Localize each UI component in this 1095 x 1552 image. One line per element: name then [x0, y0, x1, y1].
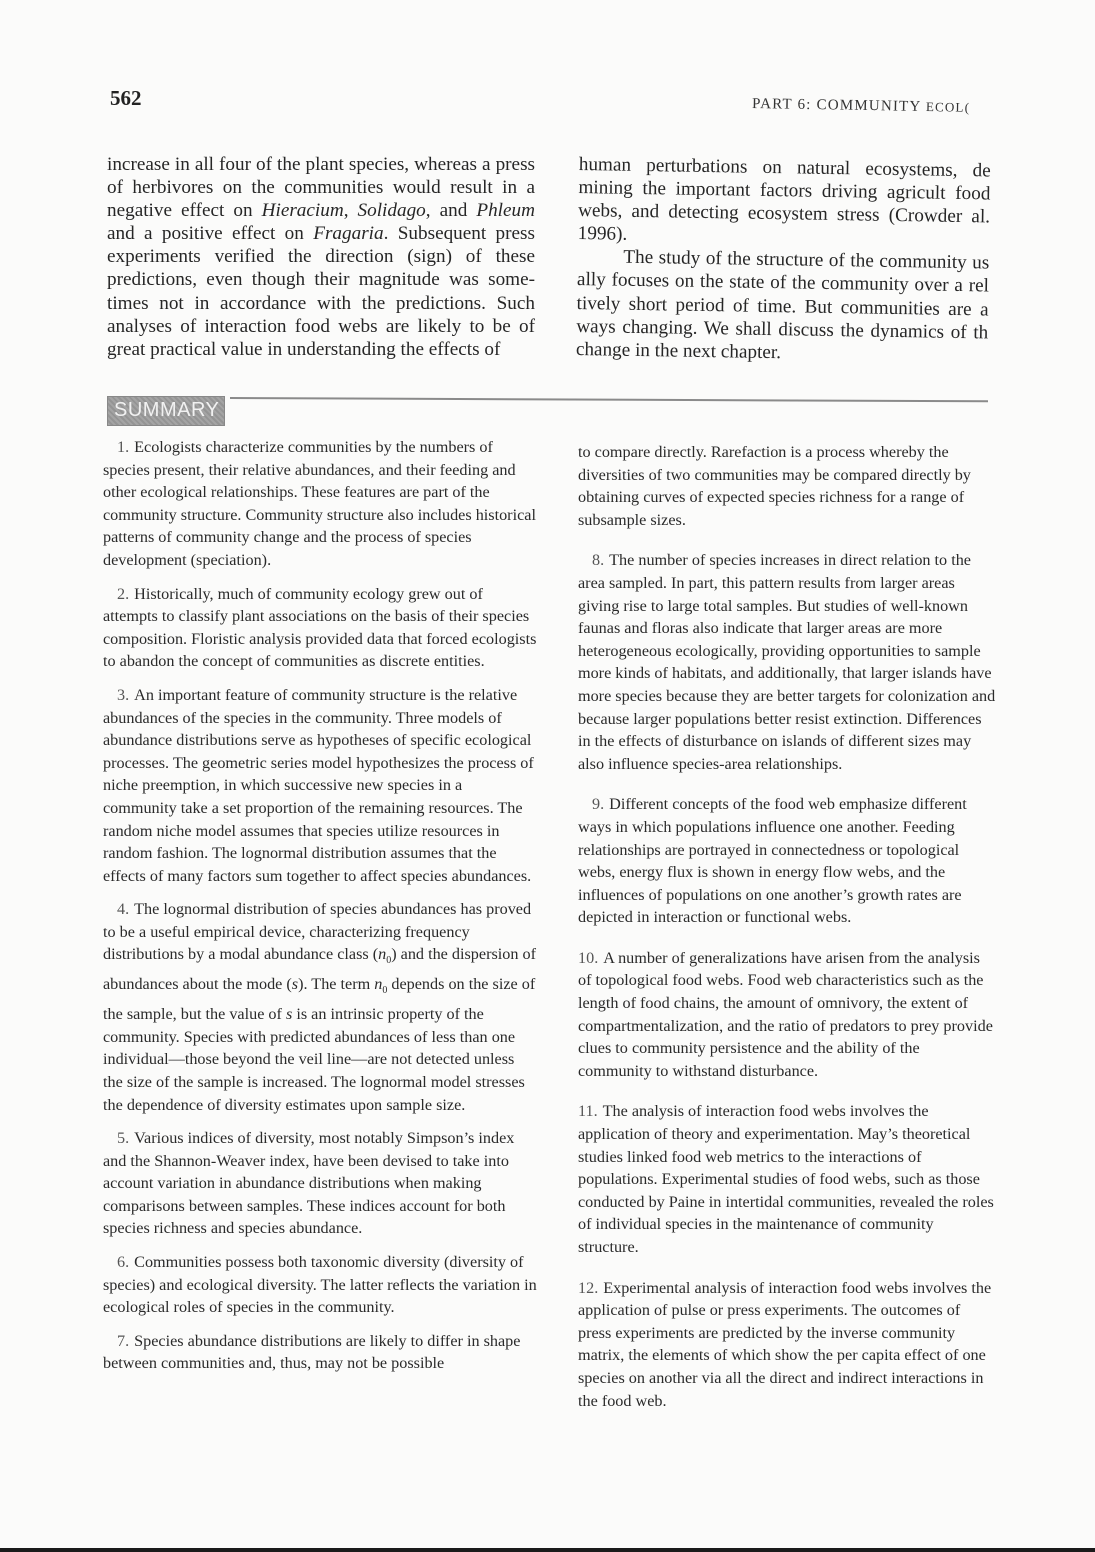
- item-number: 2.: [103, 585, 129, 603]
- item-text: ). The term: [298, 975, 374, 993]
- item-number: 10.: [578, 949, 598, 967]
- item-text: The analysis of interaction food webs in…: [578, 1102, 994, 1256]
- summary-badge: SUMMARY: [107, 396, 225, 426]
- running-head-text: PART 6: COMMUNITY: [752, 96, 926, 115]
- summary-heading: SUMMARY: [107, 396, 225, 426]
- summary-item-7-continued: to compare directly. Rarefaction is a pr…: [578, 441, 996, 531]
- summary-item-2: 2.Historically, much of community ecolog…: [103, 583, 538, 673]
- item-number: 7.: [103, 1332, 129, 1350]
- item-number: 8.: [578, 551, 604, 569]
- summary-item-6: 6.Communities possess both taxonomic div…: [103, 1251, 538, 1319]
- item-number: 12.: [578, 1279, 598, 1297]
- item-text: Historically, much of community ecology …: [103, 585, 536, 671]
- body-left-column: increase in all four of the plant specie…: [107, 153, 535, 361]
- summary-right-column: to compare directly. Rarefaction is a pr…: [578, 441, 996, 1430]
- summary-item-11: 11.The analysis of interaction food webs…: [578, 1100, 996, 1258]
- item-number: 11.: [578, 1102, 598, 1120]
- text-run: ,: [344, 200, 358, 221]
- scan-edge: [0, 1548, 1095, 1552]
- item-number: 5.: [103, 1129, 129, 1147]
- species-name: Hieracium: [262, 200, 344, 221]
- item-number: 1.: [103, 438, 129, 456]
- summary-item-3: 3.An important feature of community stru…: [103, 684, 538, 887]
- running-head: PART 6: COMMUNITY ECOL(: [752, 96, 970, 117]
- species-name: Phleum: [476, 200, 535, 221]
- body-right-column: human perturbations on natural ecosystem…: [576, 153, 991, 367]
- body-paragraph: increase in all four of the plant specie…: [107, 153, 535, 361]
- item-text: Different concepts of the food web empha…: [578, 795, 967, 926]
- item-number: 3.: [103, 686, 129, 704]
- summary-item-5: 5.Various indices of diversity, most not…: [103, 1127, 538, 1240]
- item-text: Experimental analysis of interaction foo…: [578, 1279, 991, 1410]
- item-text: The number of species increases in direc…: [578, 551, 995, 772]
- page-number: 562: [110, 86, 142, 111]
- summary-item-1: 1.Ecologists characterize communities by…: [103, 436, 538, 572]
- summary-divider: [230, 397, 988, 402]
- summary-item-9: 9.Different concepts of the food web emp…: [578, 793, 996, 929]
- text-run: and a positive effect on: [107, 223, 313, 244]
- item-text: An important feature of community struct…: [103, 686, 534, 885]
- summary-left-column: 1.Ecologists characterize communities by…: [103, 436, 538, 1386]
- running-head-clipped: ECOL(: [926, 99, 971, 115]
- summary-item-8: 8.The number of species increases in dir…: [578, 549, 996, 775]
- item-text: Communities possess both taxonomic diver…: [103, 1253, 537, 1316]
- item-text: Ecologists characterize communities by t…: [103, 438, 536, 569]
- item-number: 9.: [578, 795, 604, 813]
- body-paragraph: The study of the structure of the commun…: [576, 245, 990, 367]
- summary-item-7: 7.Species abundance distributions are li…: [103, 1330, 538, 1375]
- item-text: Species abundance distributions are like…: [103, 1332, 520, 1373]
- text-run: , and: [426, 200, 477, 221]
- summary-item-4: 4.The lognormal distribution of species …: [103, 898, 538, 1116]
- body-paragraph: human perturbations on natural ecosystem…: [578, 153, 991, 252]
- item-text: A number of generalizations have arisen …: [578, 949, 993, 1080]
- species-name: Fragaria: [313, 223, 383, 244]
- item-number: 4.: [103, 900, 129, 918]
- summary-item-12: 12.Experimental analysis of interaction …: [578, 1277, 996, 1413]
- symbol-n: n: [378, 945, 386, 963]
- species-name: Solidago: [358, 200, 426, 221]
- item-text: Various indices of diversity, most notab…: [103, 1129, 514, 1237]
- summary-item-10: 10.A number of generalizations have aris…: [578, 947, 996, 1083]
- item-number: 6.: [103, 1253, 129, 1271]
